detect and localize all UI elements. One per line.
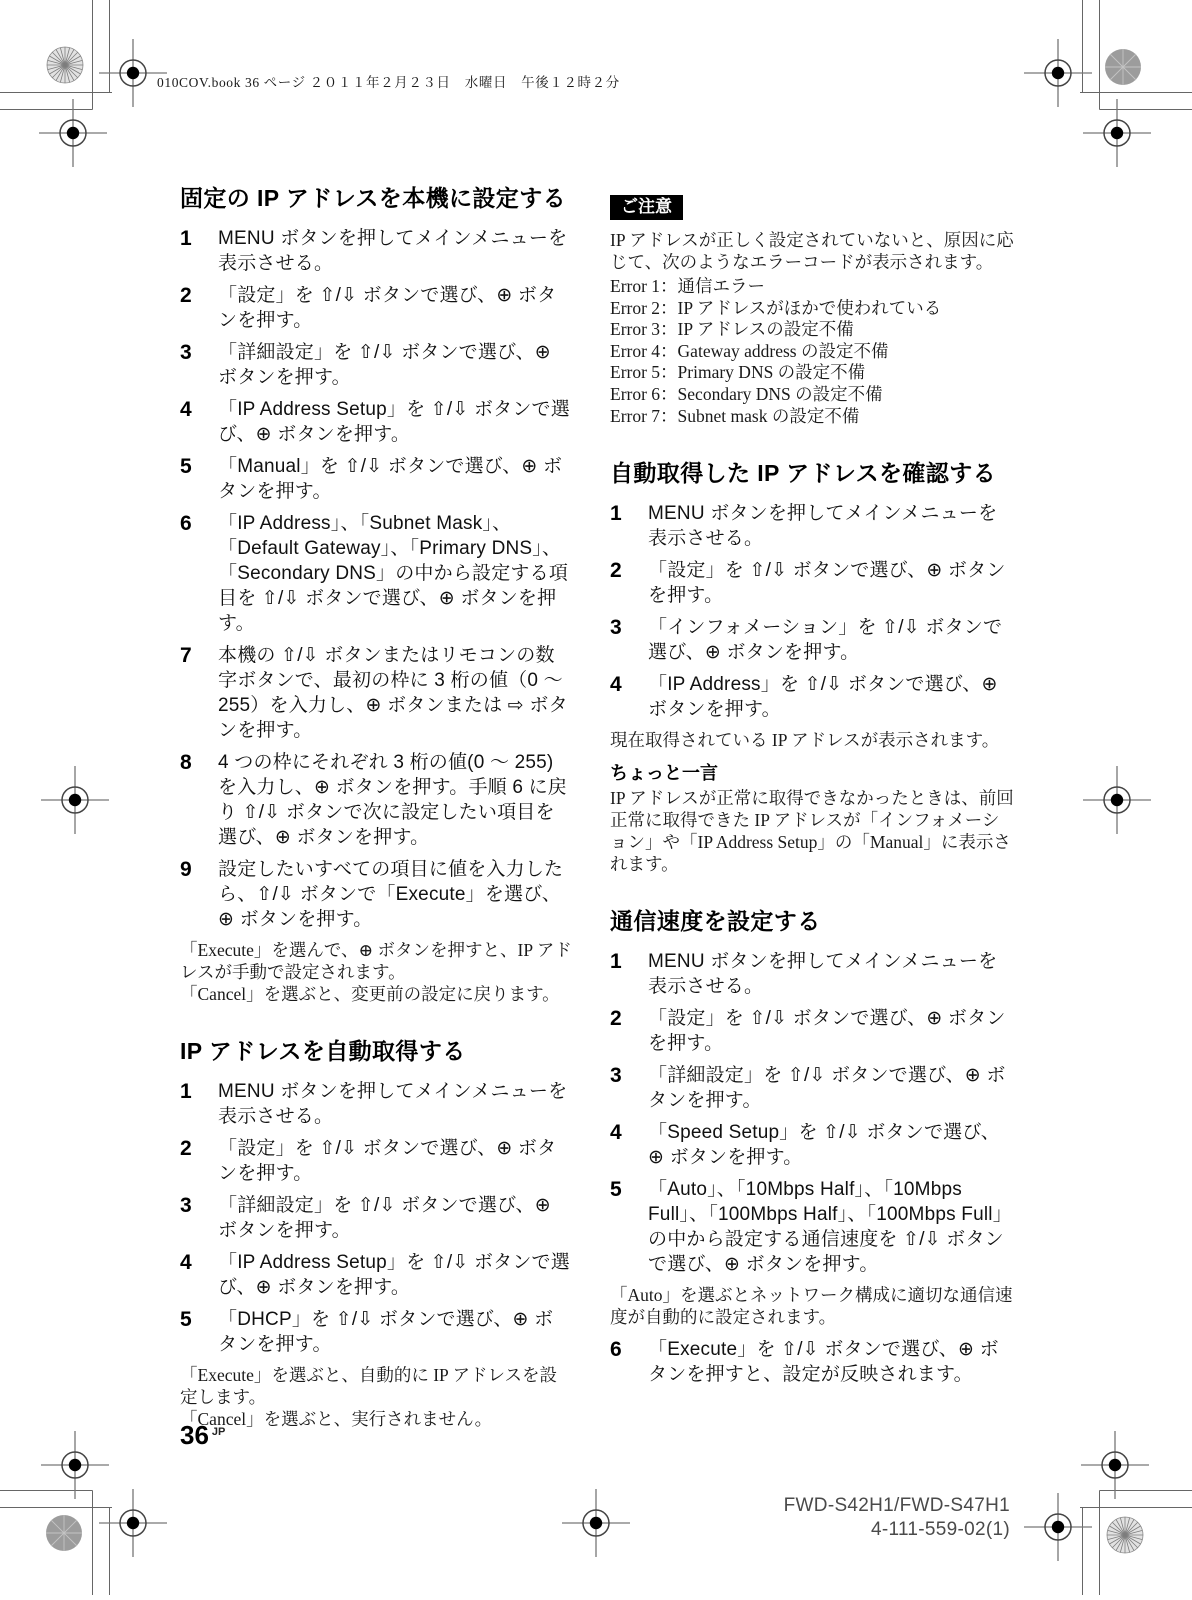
step-number: 3	[610, 615, 648, 665]
step-item: 2 「設定」を ⇧/⇩ ボタンで選び、⊕ ボタンを押す。	[180, 1136, 572, 1186]
step-number: 2	[180, 283, 218, 333]
section-title: 固定の IP アドレスを本機に設定する	[180, 180, 572, 213]
note-text: 「Execute」を選ぶと、自動的に IP アドレスを設定します。	[180, 1364, 572, 1408]
notice-intro: IP アドレスが正しく設定されていないと、原因に応じて、次のようなエラーコードが…	[610, 229, 1014, 273]
step-number: 3	[610, 1063, 648, 1113]
step-text: MENU ボタンを押してメインメニューを表示させる。	[218, 226, 572, 276]
step-text: 4 つの枠にそれぞれ 3 桁の値(0 ～ 255)を入力し、⊕ ボタンを押す。手…	[218, 750, 572, 850]
step-number: 4	[180, 397, 218, 447]
step-item: 5 「Auto」、「10Mbps Half」、「10Mbps Full」、「10…	[610, 1177, 1014, 1277]
error-code-line: Error 1：通信エラー	[610, 276, 1014, 298]
step-text: 「DHCP」を ⇧/⇩ ボタンで選び、⊕ ボタンを押す。	[218, 1307, 572, 1357]
header-job-info: 010COV.book 36 ページ ２０１１年２月２３日 水曜日 午後１２時２…	[157, 71, 620, 91]
page-number-value: 36	[180, 1420, 209, 1450]
step-text: 「詳細設定」を ⇧/⇩ ボタンで選び、⊕ ボタンを押す。	[648, 1063, 1014, 1113]
step-text: 「Manual」を ⇧/⇩ ボタンで選び、⊕ ボタンを押す。	[218, 454, 572, 504]
error-code-line: Error 7：Subnet mask の設定不備	[610, 406, 1014, 428]
section-title: IP アドレスを自動取得する	[180, 1033, 572, 1066]
step-text: 「IP Address」、「Subnet Mask」、「Default Gate…	[218, 511, 572, 636]
document-id: FWD-S42H1/FWD-S47H1 4-111-559-02(1)	[610, 1494, 1010, 1542]
step-text: 「設定」を ⇧/⇩ ボタンで選び、⊕ ボタンを押す。	[218, 283, 572, 333]
section-set-fixed-ip: 固定の IP アドレスを本機に設定する 1 MENU ボタンを押してメインメニュ…	[180, 180, 572, 1005]
step-item: 3 「詳細設定」を ⇧/⇩ ボタンで選び、⊕ ボタンを押す。	[180, 340, 572, 390]
step-text: 「Auto」、「10Mbps Half」、「10Mbps Full」、「100M…	[648, 1177, 1014, 1277]
step-number: 4	[610, 672, 648, 722]
step-item: 4 「IP Address」を ⇧/⇩ ボタンで選び、⊕ ボタンを押す。	[610, 672, 1014, 722]
step-item: 1 MENU ボタンを押してメインメニューを表示させる。	[610, 501, 1014, 551]
step-item: 1 MENU ボタンを押してメインメニューを表示させる。	[180, 1079, 572, 1129]
tip-title: ちょっと一言	[610, 759, 1014, 785]
step-item: 8 4 つの枠にそれぞれ 3 桁の値(0 ～ 255)を入力し、⊕ ボタンを押す…	[180, 750, 572, 850]
step-text: 「IP Address Setup」を ⇧/⇩ ボタンで選び、⊕ ボタンを押す。	[218, 1250, 572, 1300]
note-text: 「Cancel」を選ぶと、実行されません。	[180, 1408, 572, 1430]
step-number: 4	[610, 1120, 648, 1170]
error-code-line: Error 4：Gateway address の設定不備	[610, 341, 1014, 363]
step-number: 9	[180, 857, 218, 932]
step-text: 「設定」を ⇧/⇩ ボタンで選び、⊕ ボタンを押す。	[648, 1006, 1014, 1056]
step-text: MENU ボタンを押してメインメニューを表示させる。	[218, 1079, 572, 1129]
step-text: 「設定」を ⇧/⇩ ボタンで選び、⊕ ボタンを押す。	[648, 558, 1014, 608]
step-text: 「Execute」を ⇧/⇩ ボタンで選び、⊕ ボタンを押すと、設定が反映されま…	[648, 1337, 1014, 1387]
step-number: 6	[610, 1337, 648, 1387]
step-text: 設定したいすべての項目に値を入力したら、⇧/⇩ ボタンで「Execute」を選び…	[218, 857, 572, 932]
step-text: 「IP Address Setup」を ⇧/⇩ ボタンで選び、⊕ ボタンを押す。	[218, 397, 572, 447]
step-item: 3 「詳細設定」を ⇧/⇩ ボタンで選び、⊕ ボタンを押す。	[610, 1063, 1014, 1113]
step-item: 5 「DHCP」を ⇧/⇩ ボタンで選び、⊕ ボタンを押す。	[180, 1307, 572, 1357]
error-code-line: Error 2：IP アドレスがほかで使われている	[610, 298, 1014, 320]
page-number: 36JP	[180, 1420, 225, 1451]
step-number: 2	[180, 1136, 218, 1186]
error-code-line: Error 6：Secondary DNS の設定不備	[610, 384, 1014, 406]
note-text: 「Cancel」を選ぶと、変更前の設定に戻ります。	[180, 983, 572, 1005]
model-number: FWD-S42H1/FWD-S47H1	[610, 1494, 1010, 1518]
step-item: 5 「Manual」を ⇧/⇩ ボタンで選び、⊕ ボタンを押す。	[180, 454, 572, 504]
step-text: 本機の ⇧/⇩ ボタンまたはリモコンの数字ボタンで、最初の枠に 3 桁の値（0 …	[218, 643, 572, 743]
note-text: 現在取得されている IP アドレスが表示されます。	[610, 729, 1014, 751]
step-number: 1	[180, 1079, 218, 1129]
step-item: 2 「設定」を ⇧/⇩ ボタンで選び、⊕ ボタンを押す。	[180, 283, 572, 333]
notice-block: ご注意 IP アドレスが正しく設定されていないと、原因に応じて、次のようなエラー…	[610, 192, 1014, 427]
step-item: 4 「IP Address Setup」を ⇧/⇩ ボタンで選び、⊕ ボタンを押…	[180, 1250, 572, 1300]
step-item: 6 「IP Address」、「Subnet Mask」、「Default Ga…	[180, 511, 572, 636]
step-item: 4 「IP Address Setup」を ⇧/⇩ ボタンで選び、⊕ ボタンを押…	[180, 397, 572, 447]
step-number: 3	[180, 1193, 218, 1243]
section-title: 自動取得した IP アドレスを確認する	[610, 455, 1014, 488]
step-item: 3 「インフォメーション」を ⇧/⇩ ボタンで選び、⊕ ボタンを押す。	[610, 615, 1014, 665]
step-item: 2 「設定」を ⇧/⇩ ボタンで選び、⊕ ボタンを押す。	[610, 558, 1014, 608]
page-region-label: JP	[212, 1426, 225, 1438]
step-number: 2	[610, 1006, 648, 1056]
right-column: ご注意 IP アドレスが正しく設定されていないと、原因に応じて、次のようなエラー…	[610, 192, 1014, 1394]
error-code-line: Error 3：IP アドレスの設定不備	[610, 319, 1014, 341]
note-text: 「Auto」を選ぶとネットワーク構成に適切な通信速度が自動的に設定されます。	[610, 1284, 1014, 1328]
step-number: 3	[180, 340, 218, 390]
notice-badge: ご注意	[610, 195, 683, 220]
section-speed-setup: 通信速度を設定する 1 MENU ボタンを押してメインメニューを表示させる。 2…	[610, 903, 1014, 1387]
step-number: 1	[180, 226, 218, 276]
section-check-auto-ip: 自動取得した IP アドレスを確認する 1 MENU ボタンを押してメインメニュ…	[610, 455, 1014, 875]
step-number: 6	[180, 511, 218, 636]
step-number: 7	[180, 643, 218, 743]
step-number: 5	[180, 454, 218, 504]
step-number: 5	[610, 1177, 648, 1277]
step-text: 「詳細設定」を ⇧/⇩ ボタンで選び、⊕ ボタンを押す。	[218, 340, 572, 390]
step-number: 5	[180, 1307, 218, 1357]
step-text: 「IP Address」を ⇧/⇩ ボタンで選び、⊕ ボタンを押す。	[648, 672, 1014, 722]
section-title: 通信速度を設定する	[610, 903, 1014, 936]
step-text: MENU ボタンを押してメインメニューを表示させる。	[648, 949, 1014, 999]
step-text: 「詳細設定」を ⇧/⇩ ボタンで選び、⊕ ボタンを押す。	[218, 1193, 572, 1243]
step-item: 4 「Speed Setup」を ⇧/⇩ ボタンで選び、⊕ ボタンを押す。	[610, 1120, 1014, 1170]
step-item: 1 MENU ボタンを押してメインメニューを表示させる。	[180, 226, 572, 276]
manual-page: 010COV.book 36 ページ ２０１１年２月２３日 水曜日 午後１２時２…	[0, 0, 1192, 1600]
step-item: 1 MENU ボタンを押してメインメニューを表示させる。	[610, 949, 1014, 999]
step-item: 7 本機の ⇧/⇩ ボタンまたはリモコンの数字ボタンで、最初の枠に 3 桁の値（…	[180, 643, 572, 743]
step-number: 1	[610, 501, 648, 551]
note-text: 「Execute」を選んで、⊕ ボタンを押すと、IP アドレスが手動で設定されま…	[180, 939, 572, 983]
step-text: 「Speed Setup」を ⇧/⇩ ボタンで選び、⊕ ボタンを押す。	[648, 1120, 1014, 1170]
step-number: 4	[180, 1250, 218, 1300]
left-column: 固定の IP アドレスを本機に設定する 1 MENU ボタンを押してメインメニュ…	[180, 180, 572, 1430]
tip-text: IP アドレスが正常に取得できなかったときは、前回正常に取得できた IP アドレ…	[610, 787, 1014, 875]
error-code-line: Error 5：Primary DNS の設定不備	[610, 362, 1014, 384]
step-number: 2	[610, 558, 648, 608]
part-number: 4-111-559-02(1)	[610, 1518, 1010, 1542]
step-number: 1	[610, 949, 648, 999]
step-text: MENU ボタンを押してメインメニューを表示させる。	[648, 501, 1014, 551]
step-item: 2 「設定」を ⇧/⇩ ボタンで選び、⊕ ボタンを押す。	[610, 1006, 1014, 1056]
step-item: 9 設定したいすべての項目に値を入力したら、⇧/⇩ ボタンで「Execute」を…	[180, 857, 572, 932]
step-number: 8	[180, 750, 218, 850]
step-text: 「インフォメーション」を ⇧/⇩ ボタンで選び、⊕ ボタンを押す。	[648, 615, 1014, 665]
section-auto-ip: IP アドレスを自動取得する 1 MENU ボタンを押してメインメニューを表示さ…	[180, 1033, 572, 1430]
step-text: 「設定」を ⇧/⇩ ボタンで選び、⊕ ボタンを押す。	[218, 1136, 572, 1186]
step-item: 6 「Execute」を ⇧/⇩ ボタンで選び、⊕ ボタンを押すと、設定が反映さ…	[610, 1337, 1014, 1387]
step-item: 3 「詳細設定」を ⇧/⇩ ボタンで選び、⊕ ボタンを押す。	[180, 1193, 572, 1243]
